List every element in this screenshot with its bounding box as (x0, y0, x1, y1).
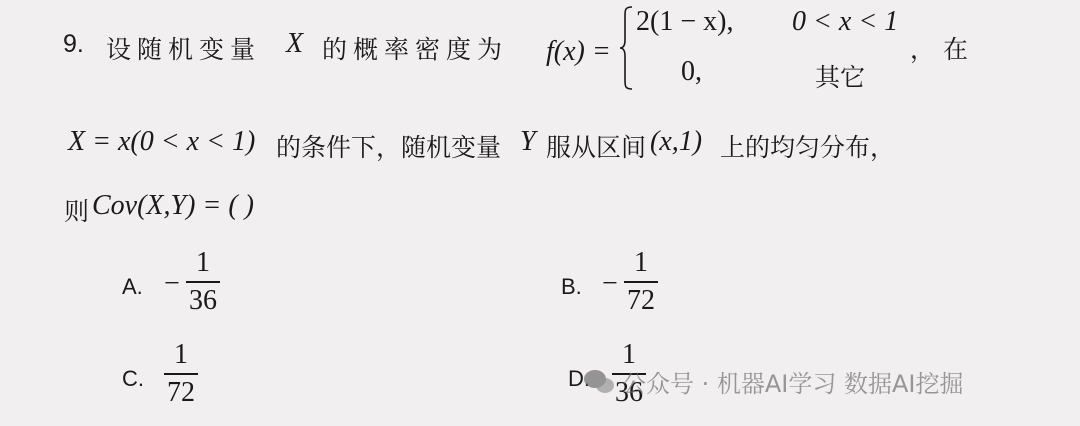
option-c-label[interactable]: C. (122, 366, 144, 392)
option-c-numerator: 1 (174, 340, 188, 370)
option-b-numerator: 1 (634, 248, 648, 278)
condition-math: X = x(0 < x < 1) (68, 126, 255, 158)
option-a-sign: − (164, 268, 180, 300)
question-intro: 设随机变量 (106, 30, 261, 66)
option-b-fraction: 1 72 (624, 248, 658, 316)
fraction-bar (186, 281, 220, 283)
question-number: 9. (63, 30, 84, 59)
left-brace-icon (619, 6, 633, 90)
question-tail: ， 在 (910, 30, 968, 66)
option-c-denominator: 72 (167, 378, 195, 408)
watermark: 公众号 · 机器AI学习 数据AI挖掘 (582, 364, 964, 399)
wechat-icon (582, 368, 616, 396)
interval: (x,1) (650, 126, 702, 158)
density-function: f(x) = (546, 36, 611, 68)
covariance-question: Cov(X,Y) = ( ) (92, 190, 254, 222)
then-prefix: 则 (64, 192, 89, 228)
option-a-denominator: 36 (189, 286, 217, 316)
option-b-sign: − (602, 268, 618, 300)
case-1-expression: 2(1 − x), (636, 6, 733, 38)
variable-y: Y (520, 126, 536, 158)
condition-text-3: 上的均匀分布， (720, 128, 895, 164)
variable-x: X (286, 28, 303, 60)
case-2-expression: 0, (681, 56, 702, 88)
case-2-condition: 其它 (815, 58, 865, 94)
fraction-bar (164, 373, 198, 375)
watermark-text: 公众号 · 机器AI学习 数据AI挖掘 (622, 364, 964, 399)
case-1-condition: 0 < x < 1 (792, 6, 898, 38)
option-a-numerator: 1 (196, 248, 210, 278)
question-intro-2: 的概率密度为 (322, 30, 508, 66)
option-b-label[interactable]: B. (561, 274, 582, 300)
condition-text-1: 的条件下，随机变量 (276, 128, 501, 164)
fraction-bar (624, 281, 658, 283)
option-c-fraction: 1 72 (164, 340, 198, 408)
option-b-denominator: 72 (627, 286, 655, 316)
option-a-label[interactable]: A. (122, 274, 143, 300)
condition-text-2: 服从区间 (546, 128, 646, 164)
option-a-fraction: 1 36 (186, 248, 220, 316)
